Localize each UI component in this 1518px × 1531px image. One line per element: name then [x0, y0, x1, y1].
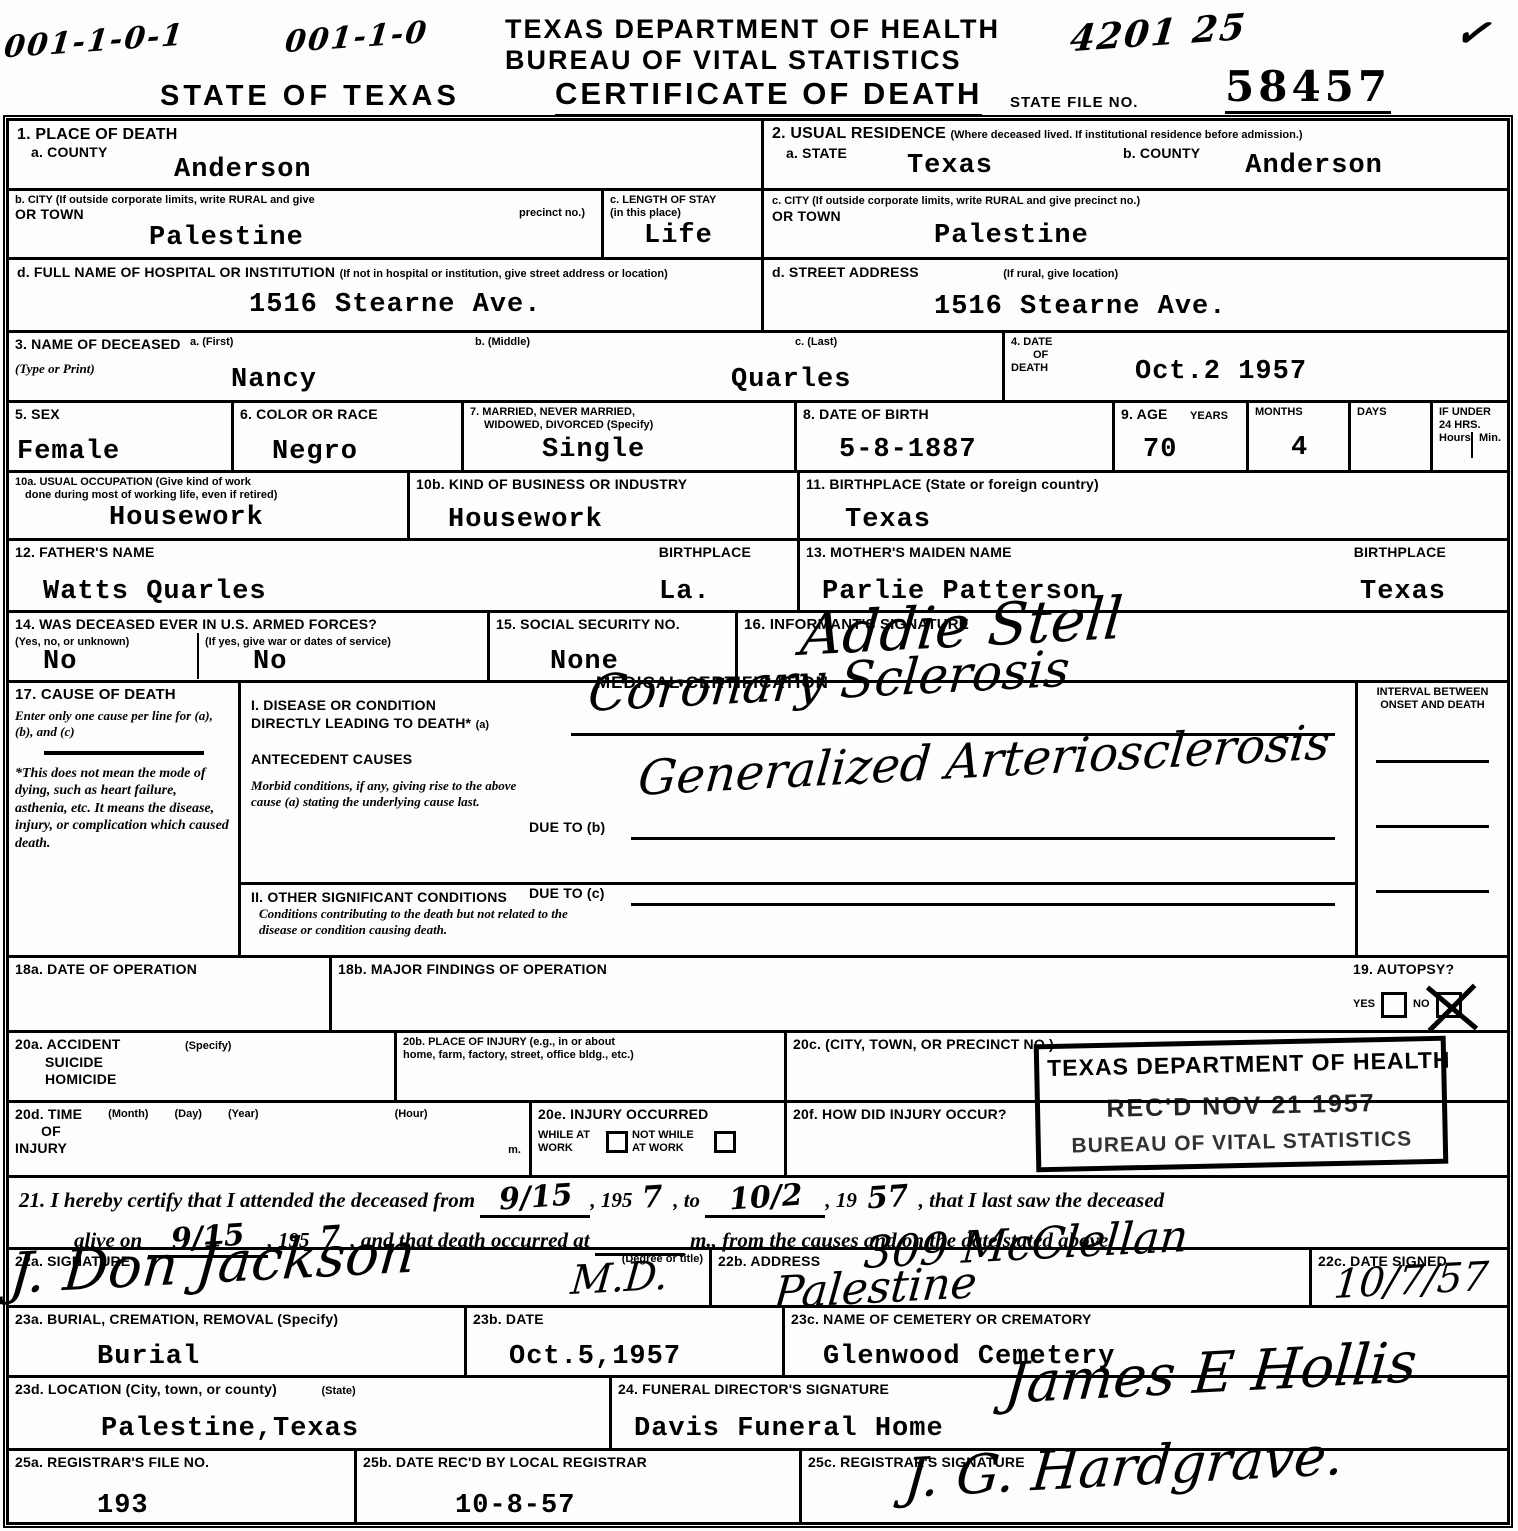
- autopsy-no-checkbox: [1436, 992, 1462, 1018]
- residence-state-value: Texas: [907, 153, 993, 180]
- box-autopsy: 19. AUTOPSY? YES NO: [1347, 958, 1507, 1030]
- ledger-code-left-2: 001-1-0: [283, 15, 430, 60]
- row-demographics: 5. SEX Female 6. COLOR OR RACE Negro 7. …: [9, 403, 1507, 473]
- occupation-value: Housework: [109, 505, 264, 532]
- box-cause-left: 17. CAUSE OF DEATH Enter only one cause …: [9, 683, 241, 955]
- armed-forces-note-2: (If yes, give war or dates of service): [205, 636, 481, 649]
- city-value: Palestine: [149, 225, 304, 252]
- age-under24-label: IF UNDER 24 HRS.: [1439, 406, 1501, 432]
- box-industry: 10b. KIND OF BUSINESS OR INDUSTRY Housew…: [407, 473, 797, 538]
- injury-b-label: 20b. PLACE OF INJURY (e.g., in or about: [403, 1036, 778, 1049]
- residence-title: 2. USUAL RESIDENCE: [772, 125, 946, 142]
- box-age-years: 9. AGE YEARS 70: [1112, 403, 1246, 470]
- row-physician: 22a. SIGNATURE (Degree or title) J. Don …: [9, 1250, 1507, 1308]
- first-name-value: Nancy: [231, 367, 317, 394]
- armed-forces-left: (Yes, no, or unknown) No: [9, 633, 197, 679]
- antecedent-note: Morbid conditions, if any, giving rise t…: [251, 778, 521, 811]
- residence-county-value: Anderson: [1245, 153, 1383, 180]
- received-stamp: TEXAS DEPARTMENT OF HEALTH REC'D NOV 21 …: [1034, 1036, 1449, 1173]
- armed-forces-value-1: No: [43, 649, 191, 676]
- autopsy-no-label: NO: [1413, 998, 1430, 1011]
- father-label: 12. FATHER'S NAME: [15, 544, 155, 561]
- date-signed-value: 10/7/57: [1332, 1254, 1490, 1308]
- age-min-label: Min.: [1473, 432, 1501, 458]
- marital-label-2: WIDOWED, DIVORCED (Specify): [484, 419, 788, 432]
- injury-d-day: (Day): [174, 1108, 202, 1123]
- injury-a-label-3: HOMICIDE: [45, 1071, 388, 1088]
- age-years-label: YEARS: [1190, 410, 1228, 422]
- residence-or-town: OR TOWN: [772, 208, 1499, 225]
- department-line1: TEXAS DEPARTMENT OF HEALTH: [505, 14, 1000, 45]
- ledger-code-right: 4201 25: [1068, 6, 1249, 61]
- cert-date-to: 10/2: [717, 1177, 813, 1218]
- certificate-form: 1. PLACE OF DEATH a. COUNTY Anderson b. …: [6, 118, 1510, 1525]
- row-occupation: 10a. USUAL OCCUPATION (Give kind of work…: [9, 473, 1507, 541]
- box-injury-a: 20a. ACCIDENT (Specify) SUICIDE HOMICIDE: [9, 1033, 394, 1100]
- box-marital: 7. MARRIED, NEVER MARRIED, WIDOWED, DIVO…: [461, 403, 794, 470]
- mother-label: 13. MOTHER'S MAIDEN NAME: [806, 544, 1012, 561]
- cert-t1: 21. I hereby certify that I attended the…: [19, 1188, 475, 1212]
- birthplace-label: 11. BIRTHPLACE (State or foreign country…: [806, 476, 1501, 493]
- injury-a-label: 20a. ACCIDENT: [15, 1036, 121, 1052]
- birth-date-label: 8. DATE OF BIRTH: [803, 406, 1106, 423]
- injury-d-hour: (Hour): [395, 1108, 428, 1123]
- cause-note-1: Enter only one cause per line for (a), (…: [15, 708, 232, 741]
- box-registrar-signature: 25c. REGISTRAR'S SIGNATURE J. G. Hardgra…: [799, 1451, 1507, 1522]
- occupation-label-2: done during most of working life, even i…: [25, 489, 401, 502]
- box-physician-signature: 22a. SIGNATURE (Degree or title) J. Don …: [9, 1250, 709, 1305]
- occupation-label: 10a. USUAL OCCUPATION (Give kind of work: [15, 476, 401, 489]
- state-of-texas: STATE OF TEXAS: [160, 80, 460, 113]
- residence-street-label: d. STREET ADDRESS: [772, 264, 919, 280]
- autopsy-yes-checkbox: [1381, 992, 1407, 1018]
- box-registrar-file: 25a. REGISTRAR'S FILE NO. 193: [9, 1451, 354, 1522]
- residence-title-note: (Where deceased lived. If institutional …: [950, 129, 1302, 141]
- death-date-value: Oct.2 1957: [1135, 359, 1307, 386]
- box-birthplace: 11. BIRTHPLACE (State or foreign country…: [797, 473, 1507, 538]
- length-of-stay-cell: c. LENGTH OF STAY (in this place) Life: [601, 191, 761, 257]
- box-funeral-director: 24. FUNERAL DIRECTOR'S SIGNATURE Davis F…: [609, 1378, 1507, 1448]
- while-at-work-checkbox: [606, 1131, 628, 1153]
- father-birthplace-value: La.: [659, 579, 711, 606]
- residence-street-subrow: d. STREET ADDRESS (If rural, give locati…: [764, 260, 1507, 330]
- department-header: TEXAS DEPARTMENT OF HEALTH BUREAU OF VIT…: [505, 14, 1000, 76]
- state-file-no-value: 58457: [1225, 62, 1391, 114]
- box-date-of-death: 4. DATE OF DEATH Oct.2 1957: [1002, 333, 1507, 400]
- box-injury-d: 20d. TIME (Month) (Day) (Year) (Hour) OF…: [9, 1103, 529, 1175]
- box-burial-date: 23b. DATE Oct.5,1957: [464, 1308, 782, 1375]
- father-name-value: Watts Quarles: [43, 579, 267, 606]
- injury-b-label-2: home, farm, factory, street, office bldg…: [403, 1049, 778, 1062]
- box-cause-middle: MEDICAL CERTIFICATION I. DISEASE OR COND…: [241, 683, 1355, 955]
- cert-year-to: 57: [856, 1178, 920, 1217]
- residence-street-note: (If rural, give location): [1003, 268, 1118, 280]
- ledger-code-left-1: 001-1-0-1: [2, 18, 186, 66]
- cause-c-label: DUE TO (c): [529, 885, 605, 902]
- age-months-value: 4: [1291, 435, 1308, 462]
- injury-e-label: 20e. INJURY OCCURRED: [538, 1106, 778, 1123]
- place-county-subrow: 1. PLACE OF DEATH a. COUNTY Anderson: [9, 121, 761, 191]
- burial-type-label: 23a. BURIAL, CREMATION, REMOVAL (Specify…: [15, 1311, 458, 1328]
- injury-a-note: (Specify): [185, 1040, 231, 1052]
- deceased-title: 3. NAME OF DECEASED: [15, 336, 190, 353]
- box-name-of-deceased: 3. NAME OF DECEASED (Type or Print) a. (…: [9, 333, 1002, 400]
- burial-location-state-label: (State): [321, 1385, 355, 1397]
- residence-city-value: Palestine: [934, 223, 1089, 250]
- mother-birthplace-label: BIRTHPLACE: [1354, 544, 1446, 561]
- registrar-file-value: 193: [97, 1493, 149, 1520]
- residence-state-label: a. STATE: [786, 145, 847, 180]
- injury-e-notwhile-label: NOT WHILE AT WORK: [632, 1129, 710, 1155]
- box-burial-location: 23d. LOCATION (City, town, or county) (S…: [9, 1378, 609, 1448]
- deceased-title-note: (Type or Print): [15, 361, 190, 377]
- armed-forces-right: (If yes, give war or dates of service) N…: [197, 633, 487, 679]
- burial-date-value: Oct.5,1957: [509, 1344, 681, 1371]
- race-label: 6. COLOR OR RACE: [240, 406, 455, 423]
- burial-type-value: Burial: [97, 1344, 200, 1371]
- burial-date-label: 23b. DATE: [473, 1311, 776, 1328]
- last-name-value: Quarles: [731, 367, 851, 394]
- place-city-cell: b. CITY (If outside corporate limits, wr…: [9, 191, 601, 257]
- cert-t4: , 19: [825, 1188, 857, 1212]
- physician-address-line2: Palestine: [772, 1257, 979, 1319]
- stamp-line2: REC'D NOV 21 1957: [1048, 1088, 1435, 1125]
- cause-part1-label-2: DIRECTLY LEADING TO DEATH*: [251, 715, 471, 731]
- stay-note: (in this place): [610, 207, 755, 220]
- institution-label: d. FULL NAME OF HOSPITAL OR INSTITUTION: [17, 264, 335, 280]
- cause-a-label: (a): [476, 719, 489, 731]
- injury-d-m-label: m.: [508, 1144, 521, 1157]
- age-label: 9. AGE: [1121, 406, 1168, 422]
- armed-forces-value-2: No: [253, 649, 481, 676]
- injury-d-label-1: 20d. TIME: [15, 1106, 82, 1123]
- cause-note-2: *This does not mean the mode of dying, s…: [15, 765, 232, 853]
- box-age-under24: IF UNDER 24 HRS. Hours Min.: [1430, 403, 1507, 470]
- autopsy-yes-label: YES: [1353, 998, 1375, 1011]
- cert-date-from: 9/15: [487, 1177, 583, 1218]
- or-town-label: OR TOWN: [15, 206, 595, 223]
- registrar-date-label: 25b. DATE REC'D BY LOCAL REGISTRAR: [363, 1454, 793, 1471]
- age-hours-label: Hours: [1439, 432, 1471, 458]
- row-operation-autopsy: 18a. DATE OF OPERATION 18b. MAJOR FINDIN…: [9, 958, 1507, 1033]
- injury-e-while-label: WHILE AT WORK: [538, 1129, 602, 1155]
- place-institution-subrow: d. FULL NAME OF HOSPITAL OR INSTITUTION …: [9, 260, 761, 330]
- operation-date-label: 18a. DATE OF OPERATION: [15, 961, 323, 978]
- place-city-subrow: b. CITY (If outside corporate limits, wr…: [9, 191, 761, 260]
- box-operation-findings: 18b. MAJOR FINDINGS OF OPERATION: [329, 958, 1347, 1030]
- interval-label: INTERVAL BETWEEN ONSET AND DEATH: [1364, 686, 1501, 712]
- box-interval: INTERVAL BETWEEN ONSET AND DEATH: [1355, 683, 1507, 955]
- residence-city-label: c. CITY (If outside corporate limits, wr…: [772, 195, 1499, 208]
- injury-d-year: (Year): [228, 1108, 259, 1123]
- cause-label: 17. CAUSE OF DEATH: [15, 686, 232, 704]
- father-birthplace-label: BIRTHPLACE: [659, 544, 751, 561]
- stamp-line3: BUREAU OF VITAL STATISTICS: [1049, 1127, 1435, 1159]
- box-occupation: 10a. USUAL OCCUPATION (Give kind of work…: [9, 473, 407, 538]
- armed-forces-label: 14. WAS DECEASED EVER IN U.S. ARMED FORC…: [9, 613, 487, 633]
- box-date-of-birth: 8. DATE OF BIRTH 5-8-1887: [794, 403, 1112, 470]
- city-label: b. CITY (If outside corporate limits, wr…: [15, 194, 315, 207]
- burial-location-value: Palestine,Texas: [101, 1416, 359, 1443]
- armed-forces-note-1: (Yes, no, or unknown): [15, 636, 191, 649]
- place-of-death-title: 1. PLACE OF DEATH: [17, 125, 753, 144]
- box-burial-type: 23a. BURIAL, CREMATION, REMOVAL (Specify…: [9, 1308, 464, 1375]
- box-registrar-date: 25b. DATE REC'D BY LOCAL REGISTRAR 10-8-…: [354, 1451, 799, 1522]
- registrar-file-label: 25a. REGISTRAR'S FILE NO.: [15, 1454, 348, 1471]
- checkmark-icon: ✓: [1452, 6, 1494, 59]
- industry-label: 10b. KIND OF BUSINESS OR INDUSTRY: [416, 476, 791, 493]
- injury-d-month: (Month): [108, 1108, 148, 1123]
- cemetery-label: 23c. NAME OF CEMETERY OR CREMATORY: [791, 1311, 1501, 1328]
- industry-value: Housework: [448, 507, 603, 534]
- county-value: Anderson: [174, 157, 312, 184]
- box-physician-address: 22b. ADDRESS 309 McClellan Palestine: [709, 1250, 1309, 1305]
- residence-state-subrow: 2. USUAL RESIDENCE (Where deceased lived…: [764, 121, 1507, 191]
- birthplace-value: Texas: [845, 507, 931, 534]
- box-sex: 5. SEX Female: [9, 403, 231, 470]
- row-registrar: 25a. REGISTRAR'S FILE NO. 193 25b. DATE …: [9, 1451, 1507, 1522]
- cause-part2-note: Conditions contributing to the death but…: [259, 906, 589, 939]
- operation-findings-label: 18b. MAJOR FINDINGS OF OPERATION: [338, 961, 1341, 978]
- injury-d-label-2: OF: [41, 1123, 523, 1140]
- row-name-deathdate: 3. NAME OF DECEASED (Type or Print) a. (…: [9, 333, 1507, 403]
- department-line2: BUREAU OF VITAL STATISTICS: [505, 45, 1000, 76]
- row-parents: 12. FATHER'S NAME BIRTHPLACE Watts Quarl…: [9, 541, 1507, 613]
- ssn-label: 15. SOCIAL SECURITY NO.: [496, 616, 729, 633]
- cause-part1-label-1: I. DISEASE OR CONDITION: [251, 697, 436, 713]
- county-label: a. COUNTY: [31, 144, 753, 161]
- death-date-label-1: 4. DATE: [1011, 336, 1501, 349]
- box-usual-residence: 2. USUAL RESIDENCE (Where deceased lived…: [761, 121, 1507, 330]
- age-years-value: 70: [1143, 437, 1177, 464]
- injury-d-label-3: INJURY: [15, 1140, 523, 1157]
- residence-county-label: b. COUNTY: [1123, 145, 1200, 180]
- box-injury-e: 20e. INJURY OCCURRED WHILE AT WORK NOT W…: [529, 1103, 784, 1175]
- autopsy-label: 19. AUTOPSY?: [1353, 961, 1501, 978]
- box-armed-forces: 14. WAS DECEASED EVER IN U.S. ARMED FORC…: [9, 613, 487, 680]
- row-place-residence: 1. PLACE OF DEATH a. COUNTY Anderson b. …: [9, 121, 1507, 333]
- cert-year-from: 7: [631, 1179, 674, 1217]
- state-file-no-label: STATE FILE NO.: [1010, 94, 1138, 111]
- certification-line-1: 21. I hereby certify that I attended the…: [19, 1180, 1497, 1218]
- page-title: CERTIFICATE OF DEATH: [555, 76, 982, 118]
- box-date-signed: 22c. DATE SIGNED 10/7/57: [1309, 1250, 1507, 1305]
- birth-date-value: 5-8-1887: [839, 437, 977, 464]
- injury-a-label-2: SUICIDE: [45, 1054, 388, 1071]
- funeral-home-value: Davis Funeral Home: [634, 1416, 944, 1443]
- box-age-days: DAYS: [1348, 403, 1430, 470]
- box-race: 6. COLOR OR RACE Negro: [231, 403, 461, 470]
- marital-value: Single: [542, 437, 645, 464]
- physician-degree: M.D.: [569, 1253, 670, 1304]
- institution-value: 1516 Stearne Ave.: [249, 292, 541, 319]
- cert-t2: , 195: [590, 1188, 632, 1212]
- not-while-at-work-checkbox: [714, 1131, 736, 1153]
- box-place-of-death: 1. PLACE OF DEATH a. COUNTY Anderson b. …: [9, 121, 761, 330]
- box-father: 12. FATHER'S NAME BIRTHPLACE Watts Quarl…: [9, 541, 797, 610]
- burial-location-label: 23d. LOCATION (City, town, or county): [15, 1381, 277, 1397]
- residence-city-subrow: c. CITY (If outside corporate limits, wr…: [764, 191, 1507, 260]
- death-certificate-scan: 001-1-0-1 001-1-0 TEXAS DEPARTMENT OF HE…: [0, 0, 1518, 1531]
- mother-birthplace-value: Texas: [1360, 579, 1446, 606]
- x-mark-icon: [1439, 995, 1465, 1021]
- box-age-months: MONTHS 4: [1246, 403, 1348, 470]
- row-cause-of-death: 17. CAUSE OF DEATH Enter only one cause …: [9, 683, 1507, 958]
- stay-label: c. LENGTH OF STAY: [610, 194, 755, 207]
- registrar-date-value: 10-8-57: [455, 1493, 575, 1520]
- institution-note: (If not in hospital or institution, give…: [340, 268, 668, 280]
- cert-t3: , to: [673, 1188, 700, 1212]
- sex-label: 5. SEX: [15, 406, 225, 423]
- residence-street-value: 1516 Stearne Ave.: [934, 294, 1226, 321]
- stamp-line1: TEXAS DEPARTMENT OF HEALTH: [1047, 1047, 1433, 1082]
- age-months-label: MONTHS: [1255, 406, 1342, 419]
- marital-label-1: 7. MARRIED, NEVER MARRIED,: [470, 406, 788, 419]
- box-operation-date: 18a. DATE OF OPERATION: [9, 958, 329, 1030]
- cause-b-label: DUE TO (b): [529, 819, 605, 836]
- age-days-label: DAYS: [1357, 406, 1424, 419]
- cert-t5: , that I last saw the deceased: [919, 1188, 1165, 1212]
- box-injury-b: 20b. PLACE OF INJURY (e.g., in or about …: [394, 1033, 784, 1100]
- race-value: Negro: [272, 439, 358, 466]
- sex-value: Female: [17, 439, 120, 466]
- stay-value: Life: [644, 223, 713, 250]
